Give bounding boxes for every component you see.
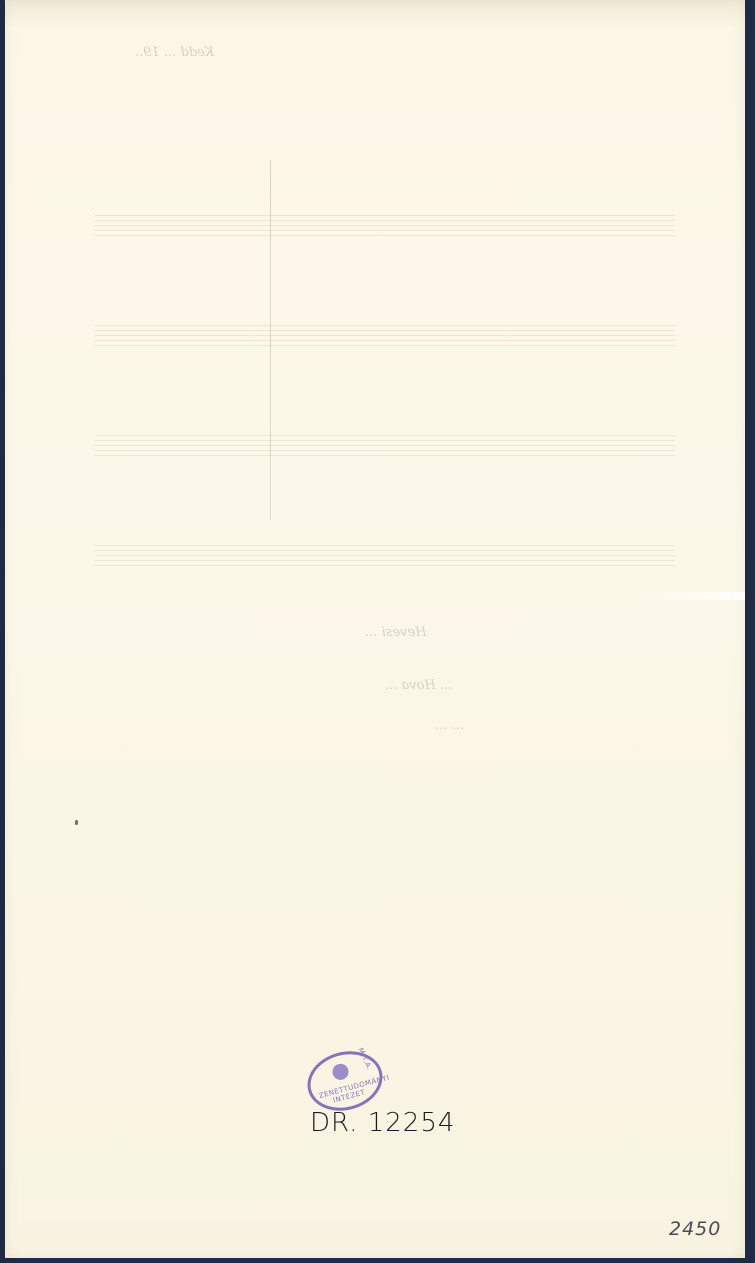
manuscript-page: Kedd ... 19.. Hevesi ... ... Hova ... ..… — [5, 0, 745, 1258]
paper-spot — [75, 820, 78, 825]
faint-barline — [270, 160, 271, 520]
stamp-abbrev: M.T.A. — [356, 1047, 373, 1072]
faint-staff — [95, 325, 675, 345]
faint-staff — [95, 545, 675, 565]
stamp-text: ZENETTUDOMÁNYI INTÉZET — [318, 1077, 378, 1107]
bleed-header-text: Kedd ... 19.. — [135, 45, 214, 60]
page-number: 2450 — [669, 1218, 721, 1240]
paper-fold — [635, 592, 745, 600]
catalog-number: DR. 12254 — [310, 1108, 455, 1138]
bleed-lyric-line: ... ... — [435, 718, 464, 733]
bleed-lyric-line: ... Hova ... — [385, 678, 452, 693]
faint-staff — [95, 215, 675, 235]
stamp-emblem-icon — [331, 1062, 351, 1082]
bleed-lyric-line: Hevesi ... — [365, 625, 426, 640]
faint-staff — [95, 435, 675, 455]
